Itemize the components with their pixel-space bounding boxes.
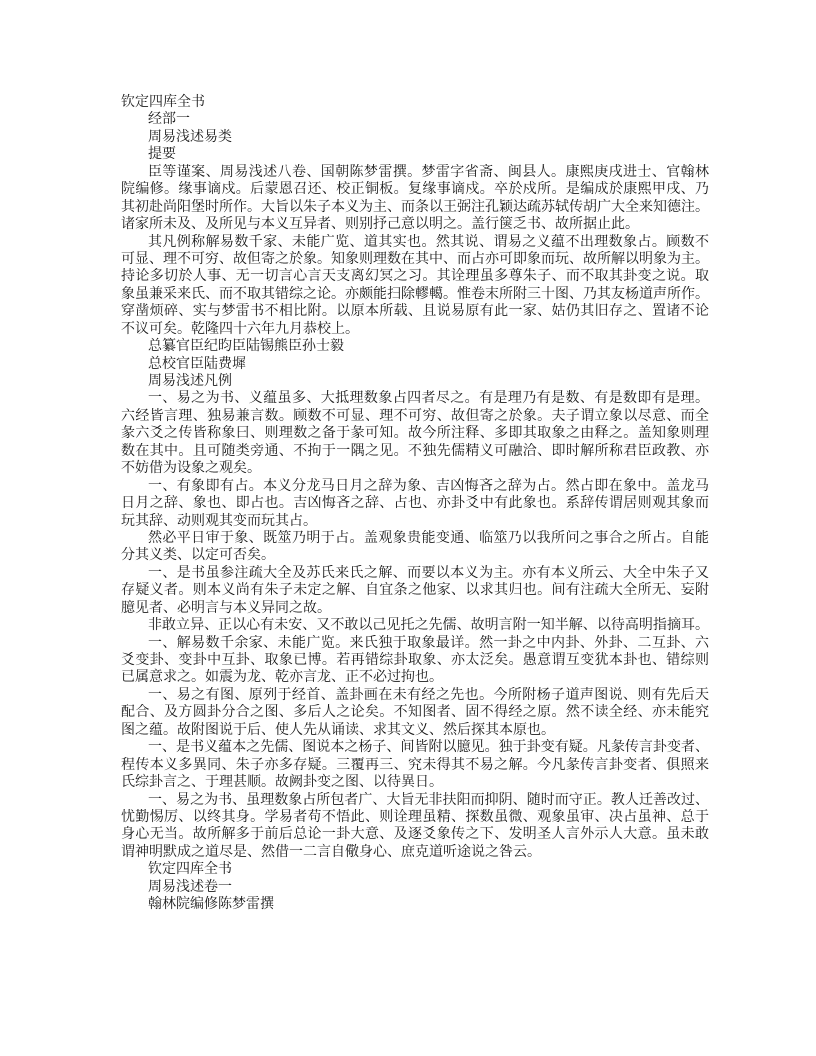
text-line: 臆见者、必明言与本义异同之故。 [121,600,709,617]
text-line: 不议可矣。乾隆四十六年九月恭校上。 [121,321,709,338]
chief-proofreader: 总校官臣陆费墀 [121,356,709,373]
collection-title: 钦定四库全书 [121,94,709,111]
paragraph: 一、易之为书、虽理数象占所包者广、大旨无非扶阳而抑阴、随时而守正。教人迁善改过、… [121,792,709,862]
text-line: 彖六爻之传皆称象曰、则理数之备于彖可知。故今所注释、多即其取象之由释之。盖知象则… [121,425,709,442]
paragraph: 一、是书虽参注疏大全及苏氏来氏之解、而要以本义为主。亦有本义所云、大全中朱子又存… [121,565,709,617]
paragraph: 其凡例称解易数千家、未能广览、道其实也。然其说、谓易之义蕴不出理数象占。顾数不可… [121,234,709,339]
general-rules-section: 一、易之为书、义蕴虽多、大抵理数象占四者尽之。有是理乃有是数、有是数即有是理。六… [121,390,709,861]
author-line: 翰林院编修陈梦雷撰 [121,896,709,913]
text-line: 已属意求之。如震为龙、乾亦言龙、正不必过拘也。 [121,669,709,686]
paragraph: 臣等谨案、周易浅述八卷、国朝陈梦雷撰。梦雷字省斋、闽县人。康熙庚戌进士、官翰林院… [121,164,709,234]
text-line: 程传本义多異同、朱子亦多存疑。三覆再三、究未得其不易之解。今凡彖传言卦变者、俱照… [121,757,709,774]
paragraph: 一、解易数千余家、未能广览。来氏独于取象最详。然一卦之中内卦、外卦、二互卦、六爻… [121,635,709,687]
text-line: 臣等谨案、周易浅述八卷、国朝陈梦雷撰。梦雷字省斋、闽县人。康熙庚戌进士、官翰林 [121,164,709,181]
text-line: 身心无当。故所解多于前后总论一卦大意、及逐爻象传之下、发明圣人言外示人大意。虽未… [121,826,709,843]
text-line: 不妨借为设象之观矣。 [121,460,709,477]
text-line: 院编修。缘事谪戍。后蒙恩召还、校正铜板。复缘事谪戍。卒於戍所。是编成於康熙甲戌、… [121,181,709,198]
general-rules-heading: 周易浅述凡例 [121,373,709,390]
text-line: 一、是书义蕴本之先儒、图说本之杨子、间皆附以臆见。独于卦变有疑。凡彖传言卦变者、 [121,739,709,756]
text-line: 一、易之为书、义蕴虽多、大抵理数象占四者尽之。有是理乃有是数、有是数即有是理。 [121,390,709,407]
text-line: 一、有象即有占。本义分龙马日月之辞为象、吉凶悔吝之辞为占。然占即在象中。盖龙马 [121,478,709,495]
paragraph: 然必平日审于象、既筮乃明于占。盖观象贵能变通、临筮乃以我所问之事合之所占。自能分… [121,530,709,565]
document-page: 钦定四库全书 经部一 周易浅述易类 提要 臣等谨案、周易浅述八卷、国朝陈梦雷撰。… [121,94,709,914]
text-line: 一、解易数千余家、未能广览。来氏独于取象最详。然一卦之中内卦、外卦、二互卦、六 [121,635,709,652]
text-line: 非敢立异、正以心有未安、又不敢以己见托之先儒、故明言附一知半解、以待高明指摘耳。 [121,617,709,634]
text-line: 日月之辞、象也、即占也。吉凶悔吝之辞、占也、亦卦爻中有此象也。系辞传谓居则观其象… [121,495,709,512]
text-line: 象虽兼采来氏、而不取其错综之论。亦颇能扫除轇轕。惟卷末所附三十图、乃其友杨道声所… [121,286,709,303]
text-line: 一、易之为书、虽理数象占所包者广、大旨无非扶阳而抑阴、随时而守正。教人迁善改过、 [121,792,709,809]
text-line: 其凡例称解易数千家、未能广览、道其实也。然其说、谓易之义蕴不出理数象占。顾数不 [121,234,709,251]
paragraph: 一、是书义蕴本之先儒、图说本之杨子、间皆附以臆见。独于卦变有疑。凡彖传言卦变者、… [121,739,709,791]
text-line: 其初赴尚阳堡时所作。大旨以朱子本义为主、而条以王弼注孔颖达疏苏轼传胡广大全来知德… [121,199,709,216]
text-line: 分其义类、以定可否矣。 [121,547,709,564]
chief-compilers: 总纂官臣纪昀臣陆锡熊臣孙士毅 [121,338,709,355]
text-line: 一、是书虽参注疏大全及苏氏来氏之解、而要以本义为主。亦有本义所云、大全中朱子又 [121,565,709,582]
text-line: 忧勤惕厉、以终其身。学易者苟不悟此、则诠理虽精、探数虽微、观象虽审、决占虽神、总… [121,809,709,826]
text-line: 配合、及方圆卦分合之图、多后人之论矣。不知图者、固不得经之原。然不读全经、亦未能… [121,704,709,721]
summary-heading: 提要 [121,146,709,163]
paragraph: 一、易之有图、原列于经首、盖卦画在未有经之先也。今所附杨子道声图说、则有先后天配… [121,687,709,739]
summary-section: 臣等谨案、周易浅述八卷、国朝陈梦雷撰。梦雷字省斋、闽县人。康熙庚戌进士、官翰林院… [121,164,709,338]
paragraph: 一、有象即有占。本义分龙马日月之辞为象、吉凶悔吝之辞为占。然占即在象中。盖龙马日… [121,478,709,530]
book-category: 周易浅述易类 [121,129,709,146]
text-line: 氏综卦言之、于理甚顺。故阙卦变之图、以待異日。 [121,774,709,791]
text-line: 穿凿烦碎、实与梦雷书不相比附。以原本所载、且说易原有此一家、姑仍其旧存之、置诸不… [121,303,709,320]
text-line: 一、易之有图、原列于经首、盖卦画在未有经之先也。今所附杨子道声图说、则有先后天 [121,687,709,704]
text-line: 然必平日审于象、既筮乃明于占。盖观象贵能变通、临筮乃以我所问之事合之所占。自能 [121,530,709,547]
text-line: 数在其中。且可随类旁通、不拘于一隅之见。不独先儒精义可融洽、即时解所称君臣政教、… [121,443,709,460]
paragraph: 非敢立异、正以心有未安、又不敢以己见托之先儒、故明言附一知半解、以待高明指摘耳。 [121,617,709,634]
section-label: 经部一 [121,111,709,128]
text-line: 持论多切於人事、无一切言心言天支离幻冥之习。其诠理虽多尊朱子、而不取其卦变之说。… [121,268,709,285]
text-line: 谓神明默成之道尽是、然借一二言自儆身心、庶克道听途说之咎云。 [121,844,709,861]
text-line: 诸家所未及、及所见与本义互异者、则别抒己意以明之。盖行箧乏书、故所据止此。 [121,216,709,233]
paragraph: 一、易之为书、义蕴虽多、大抵理数象占四者尽之。有是理乃有是数、有是数即有是理。六… [121,390,709,477]
text-line: 玩其辞、动则观其变而玩其占。 [121,513,709,530]
text-line: 图之蕴。故附图说于后、使人先从诵读、求其文义、然后探其本原也。 [121,722,709,739]
text-line: 可显、理不可穷、故但寄之於象。知象则理数在其中、而占亦可即象而玩、故所解以明象为… [121,251,709,268]
text-line: 六经皆言理、独易兼言数。顾数不可显、理不可穷、故但寄之於象。夫子谓立象以尽意、而… [121,408,709,425]
text-line: 爻变卦、变卦中互卦、取象已博。若再错综卦取象、亦太泛矣。愚意谓互变犹本卦也、错综… [121,652,709,669]
volume-title: 周易浅述卷一 [121,879,709,896]
text-line: 存疑义者。则本义尚有朱子未定之解、自宜条之他家、以求其归也。间有注疏大全所无、妄… [121,582,709,599]
footer-collection-title: 钦定四库全书 [121,861,709,878]
